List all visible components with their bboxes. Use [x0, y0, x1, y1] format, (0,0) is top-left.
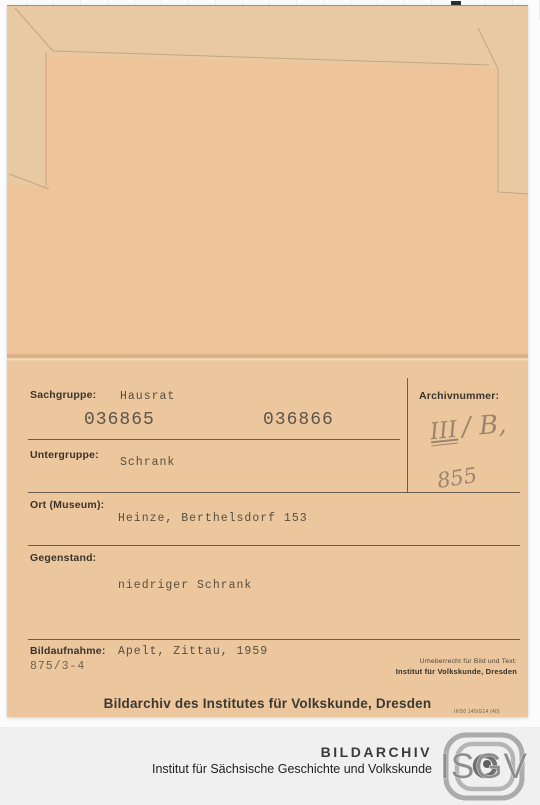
field-separator-line: [28, 439, 400, 440]
card-footer-imprint: Bildarchiv des Institutes für Volkskunde…: [7, 696, 528, 711]
archivnummer-label: Archivnummer:: [419, 390, 499, 402]
sachgruppe-value: Hausrat: [120, 390, 175, 403]
fold-crease: [7, 353, 528, 361]
inventory-number-right: 036866: [263, 410, 334, 430]
isgv-logo: ISGV: [440, 731, 528, 803]
scanned-archive-page: Sachgruppe: Hausrat 036865 036866 Archiv…: [0, 0, 540, 805]
negative-number: 875/3-4: [30, 660, 85, 673]
copyright-line1: Urheberrecht für Bild und Text:: [420, 658, 517, 665]
archivnummer-handwritten-roman: III: [429, 417, 459, 447]
ort-label: Ort (Museum):: [30, 499, 104, 511]
page-footer: BILDARCHIV Institut für Sächsische Gesch…: [0, 727, 540, 805]
field-separator-line: [28, 545, 520, 546]
archivnummer-divider: [407, 378, 408, 493]
archive-card: Sachgruppe: Hausrat 036865 036866 Archiv…: [7, 5, 528, 717]
archivnummer-handwritten-group: / B,: [461, 409, 507, 442]
print-code: III/50 145/G14 (40): [454, 709, 500, 715]
gegenstand-label: Gegenstand:: [30, 552, 96, 564]
inventory-number-left: 036865: [84, 410, 155, 430]
sachgruppe-label: Sachgruppe:: [30, 389, 96, 401]
isgv-logo-text: ISGV: [440, 747, 528, 786]
untergruppe-label: Untergruppe:: [30, 449, 99, 461]
envelope-inner-panel: [7, 56, 528, 357]
copyright-line2: Institut für Volkskunde, Dresden: [396, 667, 517, 676]
ort-value: Heinze, Berthelsdorf 153: [118, 512, 308, 525]
footer-org-title: BILDARCHIV: [32, 744, 432, 760]
untergruppe-value: Schrank: [120, 456, 175, 469]
envelope-back: [7, 6, 528, 357]
footer-text-block: BILDARCHIV Institut für Sächsische Gesch…: [32, 744, 432, 776]
bildaufnahme-label: Bildaufnahme:: [30, 645, 106, 657]
footer-org-subtitle: Institut für Sächsische Geschichte und V…: [32, 762, 432, 776]
gegenstand-value: niedriger Schrank: [118, 579, 252, 592]
field-separator-line: [28, 639, 520, 640]
archivnummer-handwritten-number: 855: [435, 463, 478, 493]
field-separator-line: [28, 492, 520, 493]
bildaufnahme-value: Apelt, Zittau, 1959: [118, 645, 268, 658]
